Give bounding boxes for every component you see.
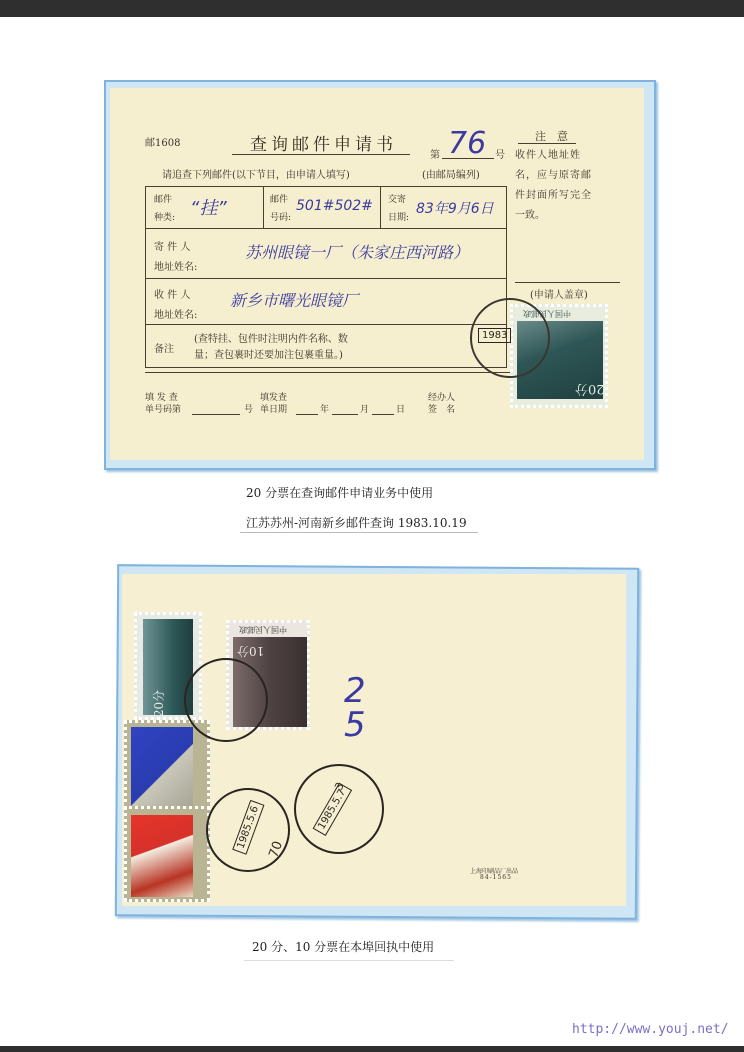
mail-no-value: 501#502# bbox=[296, 198, 373, 214]
instruction-text: 请追查下列邮件(以下节目，由申请人填写) bbox=[162, 166, 350, 181]
mail-type-value: “挂” bbox=[190, 194, 227, 220]
caption-rule-lower bbox=[244, 960, 454, 961]
notice-line-2: 名，应与原寄邮 bbox=[515, 166, 592, 181]
col-divider bbox=[380, 186, 381, 228]
post-date-label-2: 日期: bbox=[388, 210, 409, 223]
applicant-seal-label: (申请人盖章) bbox=[530, 286, 588, 301]
stamp-denomination: 20分 bbox=[150, 690, 167, 717]
remarks-text-1: (查特挂、包件时注明内件名称、数 bbox=[194, 330, 348, 345]
stamp-red-pictorial bbox=[124, 806, 210, 902]
watermark-url[interactable]: http://www.youj.net/ bbox=[572, 1022, 729, 1037]
recipient-value: 新乡市曙光眼镜厂 bbox=[230, 288, 358, 311]
serial-number: 76 bbox=[448, 126, 486, 161]
caption-rule bbox=[240, 532, 478, 533]
month-label: 月 bbox=[360, 402, 369, 415]
form-title: 查询邮件申请书 bbox=[250, 130, 397, 155]
hao-label: 号 bbox=[244, 402, 253, 415]
serial-suffix: 号 bbox=[495, 146, 505, 161]
fill-check-label-2: 单号码第 bbox=[145, 402, 181, 415]
recipient-label-2: 地址姓名: bbox=[154, 306, 197, 321]
row-divider bbox=[145, 278, 507, 279]
year-blank bbox=[296, 414, 318, 415]
stamp-denomination: 10分 bbox=[237, 643, 264, 660]
mail-type-label-1: 邮件 bbox=[154, 192, 172, 205]
top-dark-band bbox=[0, 0, 744, 17]
postmark-1 bbox=[184, 658, 268, 742]
remarks-label: 备注 bbox=[154, 340, 174, 355]
notice-title: 注 意 bbox=[535, 128, 568, 144]
stamp-blue-pictorial bbox=[124, 720, 210, 810]
mail-type-label-2: 种类: bbox=[154, 210, 175, 223]
stamp-denomination: 20分 bbox=[575, 381, 605, 400]
day-label: 日 bbox=[396, 402, 405, 415]
sender-value: 苏州眼镜一厂（朱家庄西河路） bbox=[245, 240, 469, 263]
upper-caption-line-1: 20 分票在查询邮件申请业务中使用 bbox=[246, 484, 433, 501]
year-label: 年 bbox=[320, 402, 329, 415]
notice-line-1: 收件人地址姓 bbox=[515, 146, 581, 161]
receipt-envelope: 20分 中国人民邮政 10分 1985.5.6 70 1985.5.7 3 2 … bbox=[122, 574, 626, 906]
notice-line-3: 件封面所写完全 bbox=[515, 186, 592, 201]
col-divider bbox=[263, 186, 264, 228]
sender-label-2: 地址姓名: bbox=[154, 258, 197, 273]
handwritten-mark: 2 5 bbox=[344, 674, 384, 742]
sender-label-1: 寄 件 人 bbox=[154, 238, 190, 253]
row-divider bbox=[145, 228, 507, 229]
title-underline bbox=[232, 154, 410, 155]
printer-mark-2: 84-1565 bbox=[480, 874, 512, 881]
stamp-country: 中国人民邮政 bbox=[239, 624, 287, 635]
recipient-label-1: 收 件 人 bbox=[154, 286, 190, 301]
table-bottom-rule bbox=[145, 372, 525, 373]
lower-caption: 20 分、10 分票在本埠回执中使用 bbox=[252, 938, 434, 955]
notice-line-4: 一致。 bbox=[515, 206, 545, 221]
fill-date-label-2: 单日期 bbox=[260, 402, 287, 415]
post-date-value: 83年9月6日 bbox=[416, 198, 494, 218]
serial-prefix: 第 bbox=[430, 146, 440, 161]
post-date-label-1: 交寄 bbox=[388, 192, 406, 205]
stamp-image bbox=[131, 727, 193, 807]
inquiry-form-document: 邮1608 查询邮件申请书 第 76 号 (由邮局编列) 请追查下列邮件(以下节… bbox=[110, 88, 644, 460]
day-blank bbox=[372, 414, 394, 415]
notice-underline bbox=[518, 143, 576, 144]
postmark-form-date: 1983 bbox=[478, 328, 511, 343]
stamp-image bbox=[131, 815, 193, 897]
upper-caption-line-2: 江苏苏州-河南新乡邮件查询 1983.10.19 bbox=[246, 514, 467, 531]
mail-no-label-2: 号码: bbox=[270, 210, 291, 223]
row-divider bbox=[145, 324, 507, 325]
form-code: 邮1608 bbox=[145, 134, 180, 149]
handler-label-2: 签 名 bbox=[428, 402, 455, 415]
month-blank bbox=[332, 414, 358, 415]
remarks-text-2: 量；查包裹时还要加注包裹重量。) bbox=[194, 346, 343, 361]
bottom-dark-band bbox=[0, 1046, 744, 1052]
mail-no-label-1: 邮件 bbox=[270, 192, 288, 205]
serial-note: (由邮局编列) bbox=[422, 166, 480, 181]
check-no-blank bbox=[192, 414, 240, 415]
seal-line bbox=[515, 282, 620, 283]
